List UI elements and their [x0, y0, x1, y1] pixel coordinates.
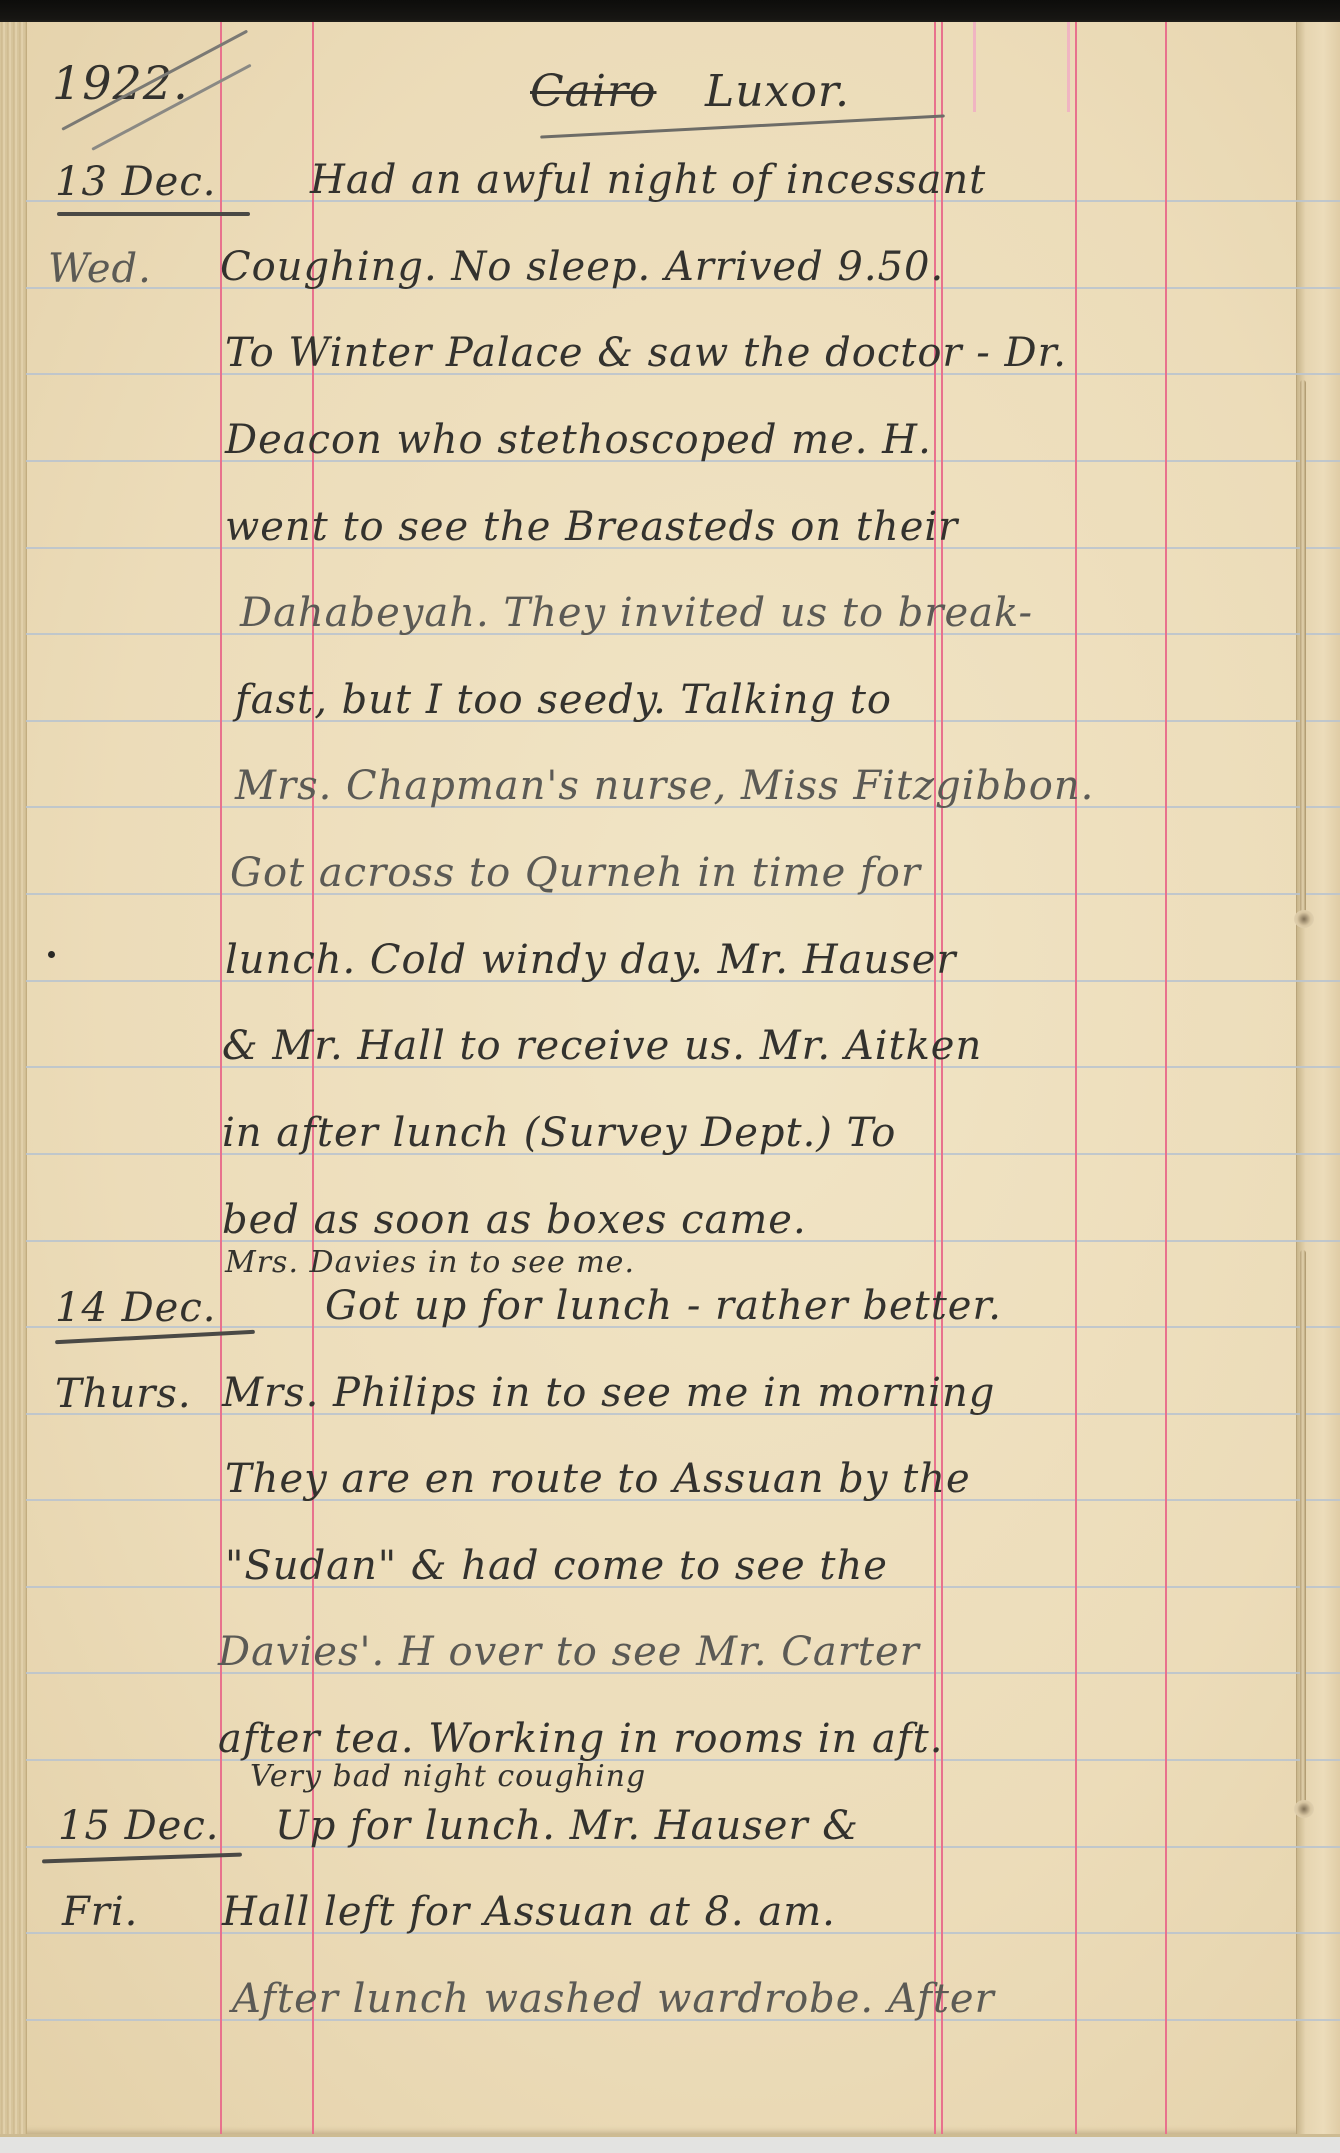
entry-line: Coughing. No sleep. Arrived 9.50. — [220, 247, 944, 287]
entry-line: Got up for lunch - rather better. — [325, 1286, 1002, 1326]
entry-line: After lunch washed wardrobe. After — [232, 1979, 995, 2019]
entry-line: Up for lunch. Mr. Hauser & — [275, 1806, 859, 1846]
entry-line: Had an awful night of incessant — [310, 160, 986, 200]
binding-knot — [1294, 910, 1314, 928]
binding-knot — [1294, 1800, 1314, 1818]
entry-line: & Mr. Hall to receive us. Mr. Aitken — [222, 1026, 982, 1066]
entry-line: fast, but I too seedy. Talking to — [235, 680, 892, 720]
entry-line: Got across to Qurneh in time for — [230, 853, 921, 893]
date-underline — [57, 212, 250, 216]
entry-date: 13 Dec. — [55, 162, 216, 202]
entry-line: Mrs. Philips in to see me in morning — [222, 1373, 995, 1413]
margin-line — [220, 22, 222, 2134]
entry-line: bed as soon as boxes came. — [222, 1200, 807, 1240]
entry-weekday: Wed. — [48, 249, 152, 289]
entry-line: "Sudan" & had come to see the — [225, 1546, 888, 1586]
entry-weekday: Fri. — [62, 1892, 138, 1932]
margin-line — [1075, 22, 1077, 2134]
entry-line: They are en route to Assuan by the — [225, 1459, 971, 1499]
top-dark-band — [0, 0, 1340, 24]
faint-margin-mark — [1067, 22, 1070, 112]
entry-line: in after lunch (Survey Dept.) To — [222, 1113, 896, 1153]
entry-date: 14 Dec. — [55, 1288, 216, 1328]
entry-line: Deacon who stethoscoped me. H. — [225, 420, 932, 460]
location-heading: Luxor. — [705, 70, 850, 114]
margin-line — [1165, 22, 1167, 2134]
entry-line-inserted: Mrs. Davies in to see me. — [225, 1248, 635, 1278]
entry-line: To Winter Palace & saw the doctor - Dr. — [225, 333, 1067, 373]
page-stack-edge — [0, 22, 27, 2134]
ink-dot — [48, 951, 55, 958]
entry-insertion: Very bad night coughing — [250, 1762, 646, 1792]
binding-thread — [1300, 1250, 1306, 1810]
entry-line: Dahabeyah. They invited us to break- — [240, 593, 1033, 633]
entry-line: Davies'. H over to see Mr. Carter — [218, 1632, 920, 1672]
entry-line: went to see the Breasteds on their — [225, 507, 958, 547]
faint-margin-mark — [973, 22, 976, 112]
entry-weekday: Thurs. — [55, 1374, 192, 1414]
entry-line: Hall left for Assuan at 8. am. — [222, 1892, 836, 1932]
binding-thread — [1300, 380, 1306, 920]
entry-line: after tea. Working in rooms in aft. — [218, 1719, 943, 1759]
entry-date: 15 Dec. — [58, 1806, 219, 1846]
struck-location: Cairo — [530, 70, 657, 114]
entry-line: Mrs. Chapman's nurse, Miss Fitzgibbon. — [235, 766, 1094, 806]
entry-line: lunch. Cold windy day. Mr. Hauser — [225, 940, 957, 980]
